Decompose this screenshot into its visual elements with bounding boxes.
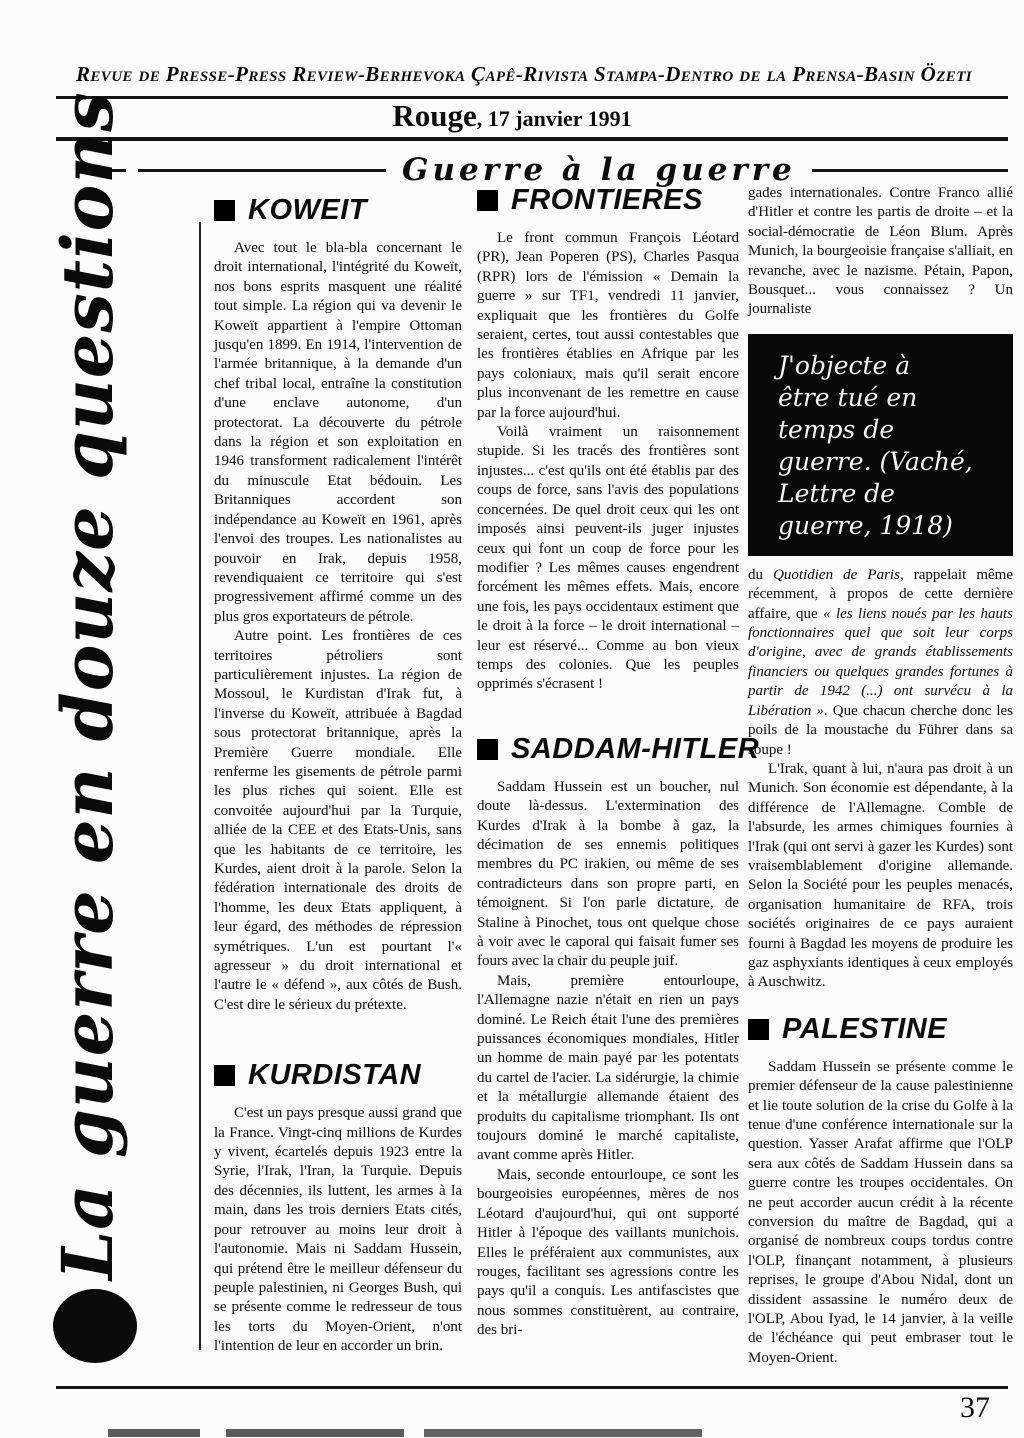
vertical-title: La guerre en douze questions	[46, 91, 129, 1280]
section-title: PALESTINE	[782, 1020, 947, 1039]
section-title: KURDISTAN	[248, 1066, 421, 1085]
square-bullet-icon	[477, 739, 498, 760]
column-divider-rule	[199, 222, 201, 1350]
banner-right-rule	[812, 169, 1008, 172]
section-heading-palestine: PALESTINE	[748, 1019, 1013, 1040]
paragraph: Voilà vraiment un raisonnement stupide. …	[477, 423, 739, 695]
paragraph: Saddam Hussein se présente comme le prem…	[748, 1058, 1013, 1369]
section-heading-frontieres: FRONTIERES	[477, 190, 739, 211]
square-bullet-icon	[477, 190, 498, 211]
paragraph-text: du	[748, 567, 773, 583]
square-bullet-icon	[214, 200, 235, 221]
square-bullet-icon	[214, 1065, 235, 1086]
quote-box: J'objecte à être tué en temps de guerre.…	[748, 334, 1013, 556]
paragraph: Autre point. Les frontières de ces terri…	[214, 627, 462, 1015]
paragraph: Mais, première entourloupe, l'Allemagne …	[477, 972, 739, 1166]
banner-title: Guerre à la guerre	[386, 152, 812, 188]
paragraph: L'Irak, quant à lui, n'aura pas droit à …	[748, 760, 1013, 993]
square-bullet-icon	[748, 1019, 769, 1040]
scan-artifact	[424, 1429, 702, 1437]
title-rule	[56, 137, 1008, 141]
bullet-dot	[53, 1289, 137, 1363]
column-1: KOWEIT Avec tout le bla-bla concernant l…	[214, 200, 462, 1357]
section-title: SADDAM-HITLER	[511, 740, 759, 759]
publication-name: Rouge	[392, 98, 476, 133]
scan-artifact	[226, 1429, 404, 1437]
magazine-page: Revue de Presse-Press Review-Berhevoka Ç…	[0, 0, 1024, 1438]
scan-artifact	[108, 1429, 200, 1437]
paragraph: Avec tout le bla-bla concernant le droit…	[214, 239, 462, 627]
section-heading-saddam-hitler: SADDAM-HITLER	[477, 739, 739, 760]
column-3: gades internationales. Contre Franco all…	[748, 184, 1013, 1368]
section-title: FRONTIERES	[511, 191, 703, 210]
page-number: 37	[960, 1391, 990, 1425]
paragraph: Mais, seconde entourloupe, ce sont les b…	[477, 1166, 739, 1341]
paragraph: C'est un pays presque aussi grand que la…	[214, 1104, 462, 1356]
masthead-text: Revue de Presse-Press Review-Berhevoka Ç…	[48, 62, 1000, 87]
column-2: FRONTIERES Le front commun François Léot…	[477, 190, 739, 1341]
footer-rule	[56, 1386, 1008, 1389]
section-title: KOWEIT	[248, 201, 367, 220]
paragraph: Saddam Hussein est un boucher, nul doute…	[477, 778, 739, 972]
section-heading-kurdistan: KURDISTAN	[214, 1065, 462, 1086]
paragraph: du Quotidien de Paris, rappelait même ré…	[748, 566, 1013, 760]
paragraph: gades internationales. Contre Franco all…	[748, 184, 1013, 320]
publication-date: , 17 janvier 1991	[477, 106, 632, 131]
publication-title: Rouge, 17 janvier 1991	[0, 98, 1024, 134]
paragraph: Le front commun François Léotard (PR), J…	[477, 229, 739, 423]
banner-left-rule	[138, 169, 386, 172]
italic-title: Quotidien de Paris	[773, 567, 900, 583]
section-heading-koweit: KOWEIT	[214, 200, 462, 221]
